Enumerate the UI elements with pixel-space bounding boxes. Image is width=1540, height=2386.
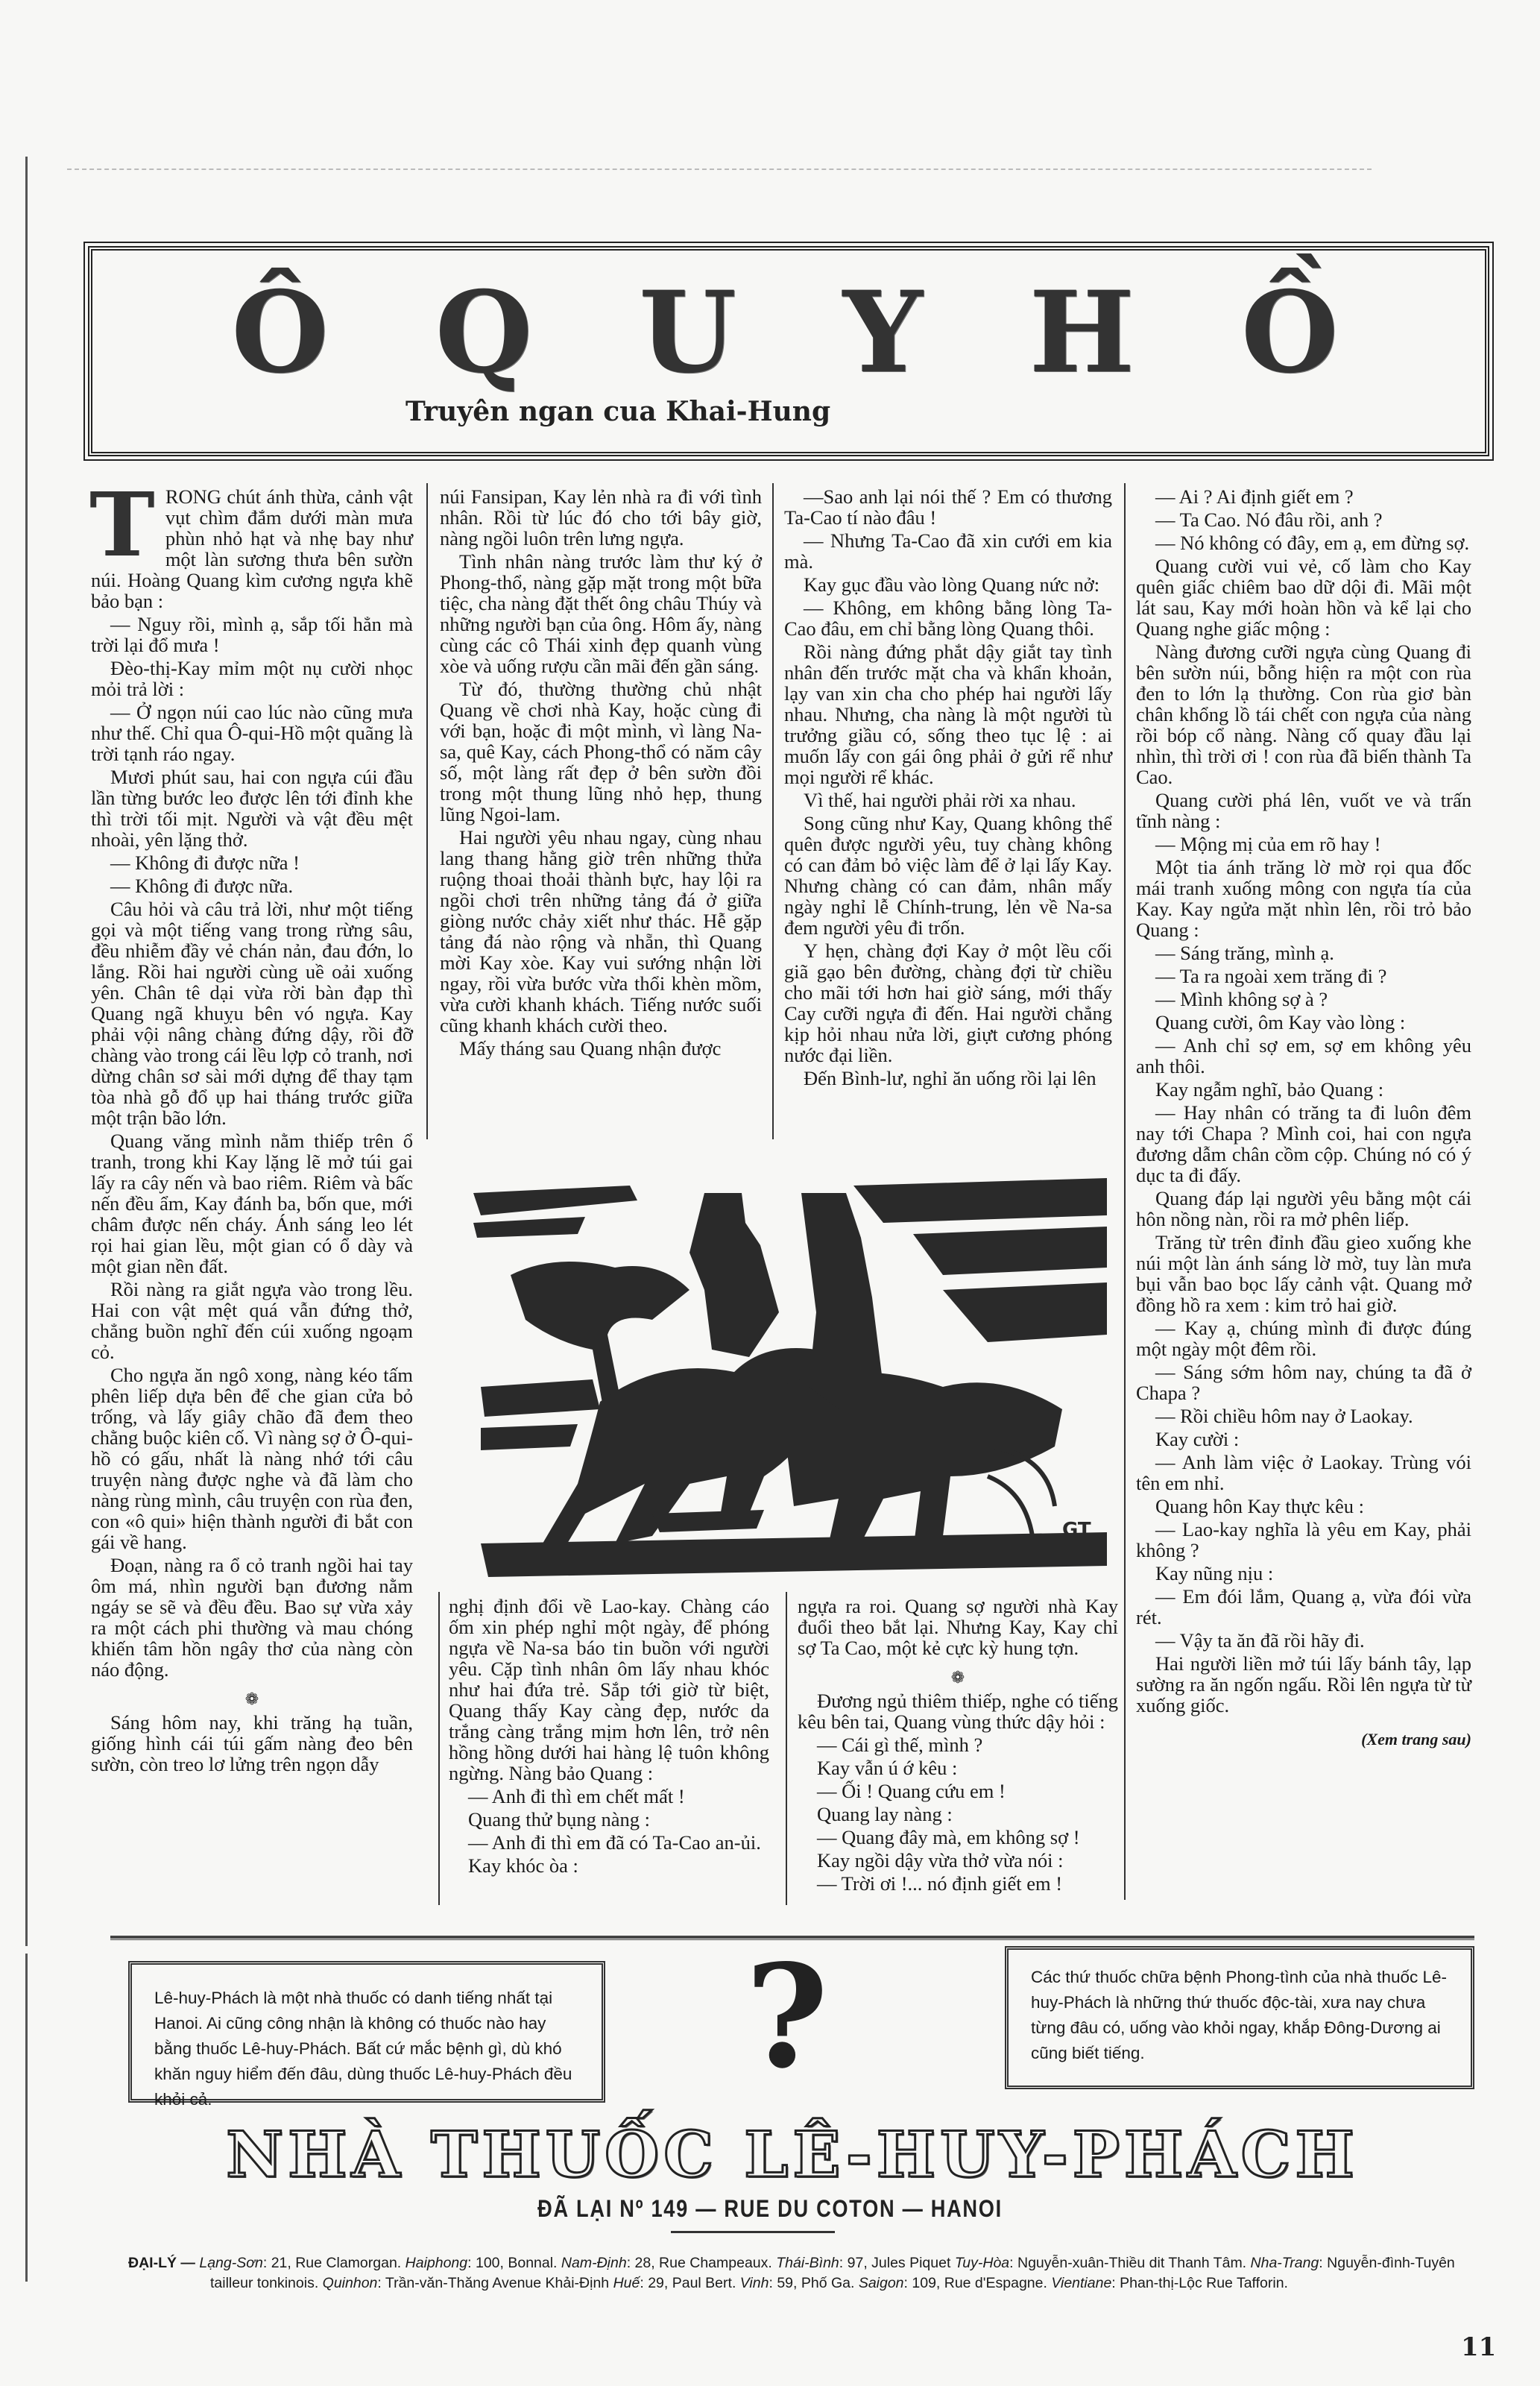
section-ornament: ❁ [798,1667,1118,1688]
paragraph: — Nguy rồi, mình ạ, sắp tối hẳn mà trời … [91,614,413,655]
paragraph: — Anh làm việc ở Laokay. Trùng vói tên e… [1136,1452,1471,1493]
paragraph: Hai người yêu nhau ngay, cùng nhau lang … [440,827,762,1036]
story-column-1: TRONG chút ánh thừa, cảnh vật vụt chìm đ… [91,486,413,1777]
paragraph: Kay ngẫm nghĩ, bảo Quang : [1136,1079,1471,1100]
top-dashed-rule [67,169,1372,170]
paragraph: Trăng từ trên đỉnh đầu gieo xuống khe nú… [1136,1232,1471,1315]
paragraph: Vì thế, hai người phải rời xa nhau. [784,790,1112,810]
paragraph: Đương ngủ thiêm thiếp, nghe có tiếng kêu… [798,1690,1118,1732]
paragraph: — Ối ! Quang cứu em ! [798,1781,1118,1801]
paragraph: Rồi nàng ra giắt ngựa vào trong lều. Hai… [91,1279,413,1362]
paragraph: Nàng đương cưỡi ngựa cùng Quang đi bên s… [1136,641,1471,787]
paragraph: —Sao anh lại nói thế ? Em có thương Ta-C… [784,486,1112,528]
column-divider [786,1592,787,1905]
paragraph: — Mình không sợ à ? [1136,989,1471,1010]
paragraph: Mấy tháng sau Quang nhận được [440,1038,762,1059]
paragraph: — Không đi được nữa ! [91,852,413,873]
agent-address: 21, Rue Clamorgan. [271,2255,402,2271]
paragraph: — Cái gì thế, mình ? [798,1734,1118,1755]
paragraph: — Anh đi thì em chết mất ! [449,1786,769,1807]
agent-city: Lạng-Sơn [199,2255,263,2271]
paragraph: — Hay nhân có trăng ta đi luôn đêm nay t… [1136,1102,1471,1186]
paragraph: Tình nhân nàng trước làm thư ký ở Phong-… [440,551,762,676]
paragraph: Y hẹn, chàng đợi Kay ở một lều cối giã g… [784,940,1112,1065]
margin-rule [25,157,28,1946]
paragraph: Hai người liền mở túi lấy bánh tây, lạp … [1136,1653,1471,1716]
paragraph: — Anh chỉ sợ em, sợ em không yêu anh thô… [1136,1035,1471,1077]
section-ornament: ❁ [91,1689,413,1710]
agent-city: Thái-Bình [776,2255,839,2271]
paragraph: Quang hôn Kay thực kêu : [1136,1496,1471,1517]
agent-address: 28, Rue Champeaux. [635,2255,772,2271]
paragraph: Từ đó, thường thường chủ nhật Quang về c… [440,679,762,825]
agent-city: Nha-Trang [1251,2255,1319,2271]
agent-city: Nam-Định [561,2255,627,2271]
paragraph: ngựa ra roi. Quang sợ người nhà Kay đuổi… [798,1596,1118,1658]
agent-address: Phan-thị-Lộc Rue Tafforin. [1120,2275,1288,2291]
column-divider [772,483,774,1139]
agent-address: 109, Rue d'Espagne. [912,2275,1047,2291]
agent-city: Vinh [740,2275,769,2291]
paragraph: — Không, em không bằng lòng Ta-Cao đâu, … [784,597,1112,639]
agent-address: 97, Jules Piquet [848,2255,951,2271]
paragraph: — Trời ơi !... nó định giết em ! [798,1873,1118,1894]
agents-label: ĐẠI-LÝ — [128,2255,195,2271]
story-title: Ô Q U Y H Ồ [92,271,1485,394]
agent-address: 59, Phố Ga. [777,2275,854,2291]
paragraph: núi Fansipan, Kay lẻn nhà ra đi với tình… [440,486,762,549]
agent-city: Huế [613,2275,640,2291]
agent-address: Trần-văn-Thăng Avenue Khải-Định [385,2275,609,2291]
paragraph: Kay gục đầu vào lòng Quang nức nở: [784,574,1112,595]
paragraph: — Ở ngọn núi cao lúc nào cũng mưa như th… [91,702,413,764]
paragraph: — Sáng sớm hôm nay, chúng ta đã ở Chapa … [1136,1362,1471,1403]
paragraph: nghị định đổi về Lao-kay. Chàng cáo ốm x… [449,1596,769,1784]
ad-address: ĐÃ LẠI Nº 149 — RUE DU COTON — HANOI [116,2195,1424,2223]
paragraph: Quang thử bụng nàng : [449,1809,769,1830]
question-mark-graphic: ? [745,1946,828,2088]
ad-box-right: Các thứ thuốc chữa bệnh Phong-tình của n… [1005,1946,1474,2089]
agent-address: 29, Paul Bert. [648,2275,736,2291]
title-box: Ô Q U Y H Ồ Truyên ngan cua Khai-Hung [88,246,1489,456]
agent-address: Nguyễn-xuân-Thiều dit Thanh Tâm. [1017,2255,1246,2271]
column-divider [1124,483,1126,1900]
paragraph: Quang văng mình nằm thiếp trên ổ tranh, … [91,1130,413,1277]
paragraph: Rồi nàng đứng phắt dậy giắt tay tình nhâ… [784,641,1112,787]
paragraph: — Quang đây mà, em không sợ ! [798,1827,1118,1848]
title-letter: Ồ [1241,271,1346,394]
column-divider [426,483,428,1139]
paragraph: Đến Bình-lư, nghỉ ăn uống rồi lại lên [784,1068,1112,1089]
drop-cap: T [89,491,155,559]
paragraph: Kay cười : [1136,1429,1471,1449]
paragraph: — Rồi chiều hôm nay ở Laokay. [1136,1406,1471,1426]
paragraph: — Lao-kay nghĩa là yêu em Kay, phải khôn… [1136,1519,1471,1561]
paragraph: Kay khóc òa : [449,1855,769,1876]
flourish-ornament-icon [671,2231,835,2238]
title-letter: Y [843,271,930,394]
illustration-signature: GT [1062,1519,1091,1541]
riders-on-horseback-icon: GT [466,1163,1114,1584]
paragraph: — Ta ra ngoài xem trăng đi ? [1136,966,1471,986]
paragraph: Quang cười vui vẻ, cố làm cho Kay quên g… [1136,555,1471,639]
title-letter: H [1029,271,1142,394]
paragraph: — Mộng mị của em rõ hay ! [1136,834,1471,854]
story-column-2-continued: nghị định đổi về Lao-kay. Chàng cáo ốm x… [449,1596,769,1878]
agent-city: Saigon [859,2275,904,2291]
paragraph: — Anh đi thì em đã có Ta-Cao an-ủi. [449,1832,769,1853]
paragraph: Kay vẫn ú ớ kêu : [798,1757,1118,1778]
margin-rule-lower [25,1954,28,2282]
paragraph: Song cũng như Kay, Quang không thể quên … [784,813,1112,938]
story-column-2: núi Fansipan, Kay lẻn nhà ra đi với tình… [440,486,762,1061]
paragraph: — Vậy ta ăn đã rồi hãy đi. [1136,1630,1471,1651]
ad-headline: NHÀ THUỐC LÊ-HUY-PHÁCH [110,2118,1474,2191]
paragraph: Câu hỏi và câu trả lời, như một tiếng gọ… [91,898,413,1128]
story-column-3: —Sao anh lại nói thế ? Em có thương Ta-C… [784,486,1112,1091]
agent-address: 100, Bonnal. [476,2255,558,2271]
continued-notice: (Xem trang sau) [1136,1729,1471,1750]
agent-city: Tuy-Hòa [955,2255,1009,2271]
agent-city: Haiphong [405,2255,467,2271]
story-byline: Truyên ngan cua Khai-Hung [405,396,830,427]
paragraph: Sáng hôm nay, khi trăng hạ tuần, giống h… [91,1712,413,1775]
ad-box-left: Lê-huy-Phách là một nhà thuốc có danh ti… [128,1961,605,2103]
page-number: 11 [1461,2332,1496,2362]
paragraph: — Kay ạ, chúng mình đi được đúng một ngà… [1136,1318,1471,1359]
title-letter: U [639,271,744,394]
agent-city: Vientiane [1051,2275,1111,2291]
paragraph: Mươi phút sau, hai con ngựa cúi đầu lần … [91,767,413,850]
paragraph: — Ai ? Ai định giết em ? [1136,486,1471,507]
title-letter: Ô [231,271,336,394]
paragraph: Kay ngồi dậy vừa thở vừa nói : [798,1850,1118,1871]
paragraph: — Em đói lắm, Quang ạ, vừa đói vừa rét. [1136,1586,1471,1628]
paragraph: — Nó không có đây, em ạ, em đừng sợ. [1136,532,1471,553]
story-column-3-continued: ngựa ra roi. Quang sợ người nhà Kay đuổi… [798,1596,1118,1896]
paragraph: Đèo-thị-Kay mỉm một nụ cười nhọc mỏi trả… [91,658,413,699]
paragraph: Đoạn, nàng ra ổ cỏ tranh ngồi hai tay ôm… [91,1555,413,1680]
paragraph: — Không đi được nữa. [91,875,413,896]
paragraph: Quang cười phá lên, vuốt ve và trấn tĩnh… [1136,790,1471,831]
paragraph: Quang đáp lại người yêu bằng một cái hôn… [1136,1188,1471,1230]
paragraph: Quang lay nàng : [798,1804,1118,1825]
paragraph: — Sáng trăng, mình ạ. [1136,942,1471,963]
paragraph: Cho ngựa ăn ngô xong, nàng kéo tấm phên … [91,1364,413,1552]
agents-list: ĐẠI-LÝ — Lạng-Sơn: 21, Rue Clamorgan. Ha… [128,2253,1485,2294]
paragraph: Kay nũng nịu : [1136,1563,1471,1584]
column-divider [438,1592,440,1905]
woodcut-illustration: GT [466,1163,1114,1584]
title-letter: Q [435,271,540,394]
paragraph: — Nhưng Ta-Cao đã xin cưới em kia mà. [784,530,1112,572]
agent-city: Quinhon [323,2275,378,2291]
paragraph: Quang cười, ôm Kay vào lòng : [1136,1012,1471,1033]
paragraph: Một tia ánh trăng lờ mờ rọi qua đốc mái … [1136,857,1471,940]
paragraph: — Ta Cao. Nó đâu rồi, anh ? [1136,509,1471,530]
story-column-4: — Ai ? Ai định giết em ? — Ta Cao. Nó đâ… [1136,486,1471,1752]
